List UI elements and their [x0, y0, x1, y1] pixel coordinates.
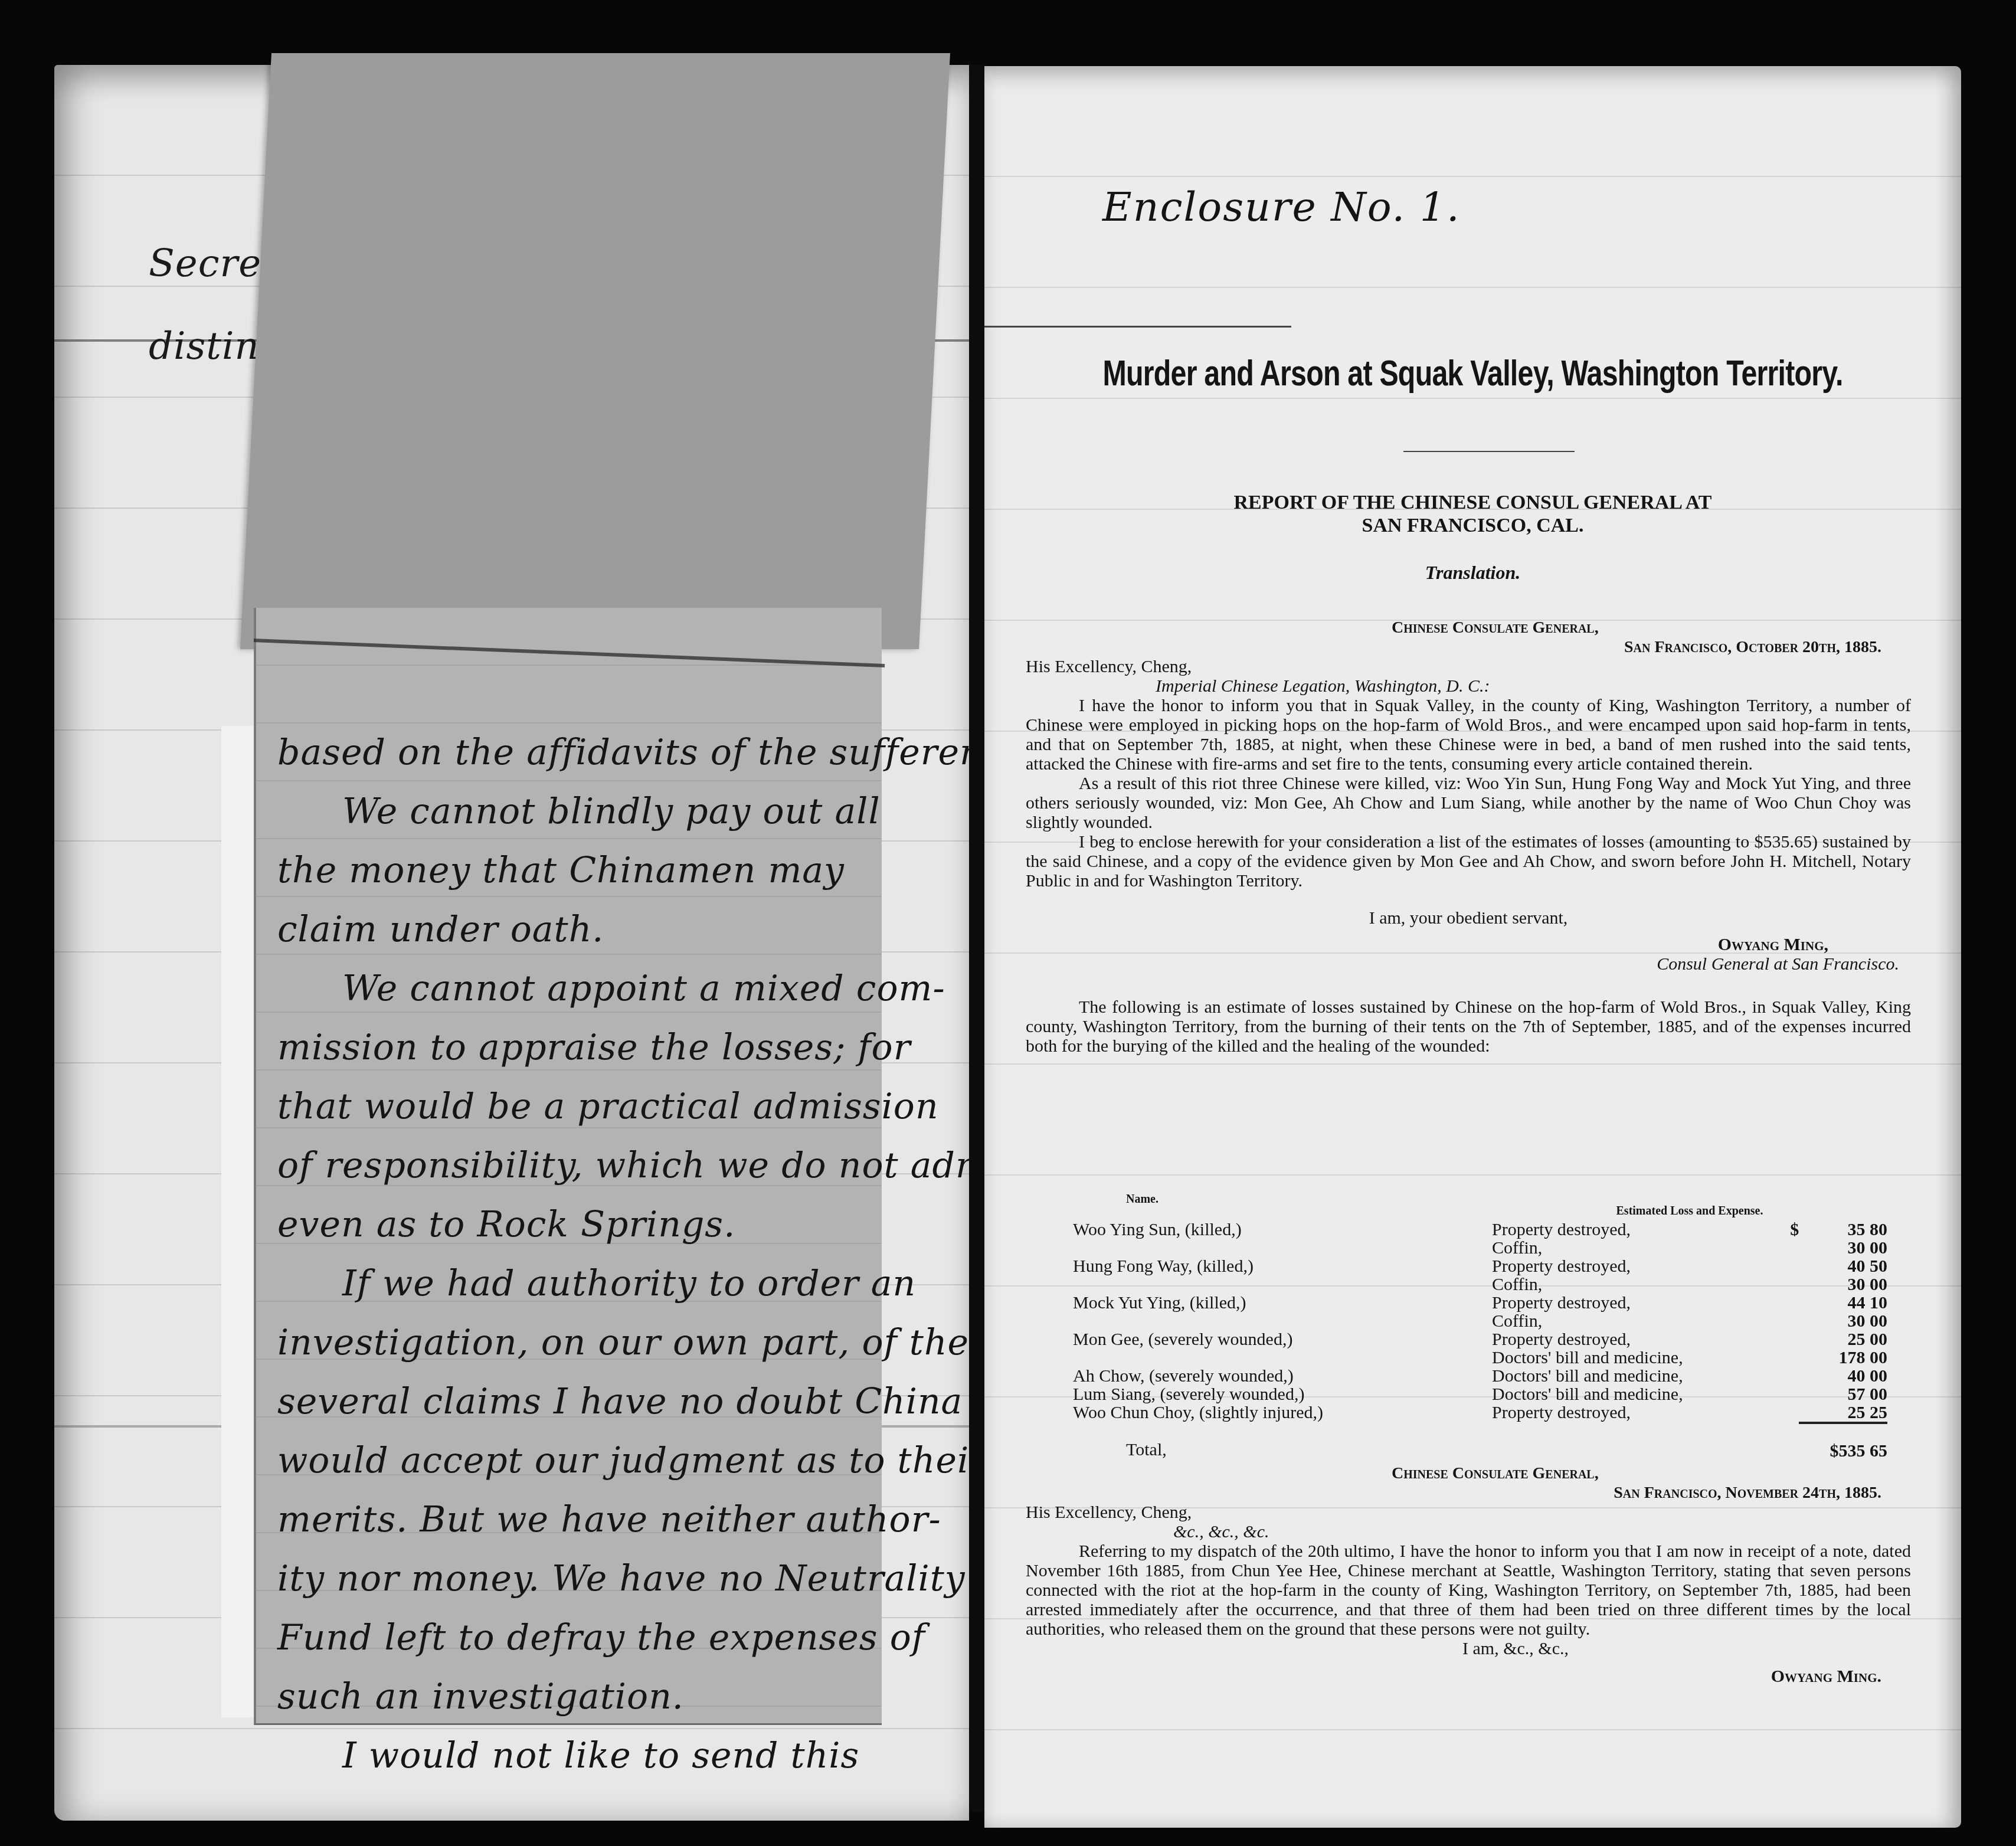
- victim-name: [1073, 1239, 1492, 1257]
- amount: 40 50: [1799, 1257, 1887, 1275]
- enclosure-heading: Enclosure No. 1.: [1102, 184, 1461, 231]
- white-insert-sheet-edge: [221, 726, 257, 1717]
- translation-label: Translation.: [984, 562, 1961, 584]
- handwritten-line: I would not like to send this: [277, 1738, 868, 1797]
- letter-signature: Owyang Ming.: [1026, 1667, 1911, 1686]
- victim-name: Lum Siang, (severely wounded,): [1073, 1385, 1492, 1403]
- handwritten-line: We cannot appoint a mixed com-: [277, 971, 868, 1030]
- amount: 178 00: [1799, 1349, 1887, 1367]
- table-row: Lum Siang, (severely wounded,)Doctors' b…: [1073, 1385, 1887, 1403]
- amount: 35 80: [1799, 1220, 1887, 1239]
- handwritten-line: If we had authority to order an: [277, 1266, 868, 1325]
- victim-name: Hung Fong Way, (killed,): [1073, 1257, 1492, 1275]
- loss-item: Coffin,: [1492, 1239, 1785, 1257]
- handwritten-note-text: based on the affidavits of the sufferers…: [277, 735, 868, 1797]
- table-row: Hung Fong Way, (killed,)Property destroy…: [1073, 1257, 1887, 1275]
- report-title-line-2: SAN FRANCISCO, CAL.: [984, 514, 1961, 537]
- amount: 25 00: [1799, 1330, 1887, 1349]
- column-header-estimate: Estimated Loss and Expense.: [1492, 1190, 1887, 1220]
- ruled-line: [984, 326, 1291, 328]
- amount: 40 00: [1799, 1367, 1887, 1385]
- amount: 30 00: [1799, 1312, 1887, 1330]
- letter-paragraph: As a result of this riot three Chinese w…: [1026, 774, 1911, 832]
- amount: 44 10: [1799, 1294, 1887, 1312]
- currency-symbol: [1785, 1330, 1799, 1349]
- currency-symbol: [1785, 1367, 1799, 1385]
- currency-symbol: [1785, 1385, 1799, 1403]
- letter-signature: Owyang Ming,: [1026, 935, 1911, 954]
- handwritten-line: the money that Chinamen may: [277, 853, 868, 912]
- letter-paragraph: Referring to my dispatch of the 20th ult…: [1026, 1541, 1911, 1639]
- letter-place-date: San Francisco, November 24th, 1885.: [1026, 1483, 1911, 1503]
- loss-item: Coffin,: [1492, 1312, 1785, 1330]
- currency-symbol: [1785, 1239, 1799, 1257]
- victim-name: Mock Yut Ying, (killed,): [1073, 1294, 1492, 1312]
- victim-name: Ah Chow, (severely wounded,): [1073, 1367, 1492, 1385]
- loss-item: Property destroyed,: [1492, 1294, 1785, 1312]
- handwritten-line: claim under oath.: [277, 912, 868, 971]
- headline-divider: [1403, 451, 1575, 452]
- table-row: Woo Chun Choy, (slightly injured,)Proper…: [1073, 1403, 1887, 1423]
- letter-closing: I am, your obedient servant,: [1026, 908, 1911, 928]
- letter-addressee: His Excellency, Cheng,: [1026, 657, 1911, 676]
- loss-item: Doctors' bill and medicine,: [1492, 1385, 1785, 1403]
- letter-place-date: San Francisco, October 20th, 1885.: [1026, 637, 1911, 657]
- letter-closing: I am, &c., &c.,: [1026, 1639, 1911, 1658]
- amount: 25 25: [1799, 1403, 1887, 1423]
- loss-item: Property destroyed,: [1492, 1220, 1785, 1239]
- amount: 30 00: [1799, 1239, 1887, 1257]
- handwritten-line: Fund left to defray the expenses of: [277, 1620, 868, 1679]
- report-title-line-1: REPORT OF THE CHINESE CONSUL GENERAL AT: [984, 491, 1961, 514]
- letter-addressee: His Excellency, Cheng,: [1026, 1503, 1911, 1522]
- column-header-name: Name.: [1073, 1190, 1492, 1220]
- victim-name: Woo Chun Choy, (slightly injured,): [1073, 1403, 1492, 1423]
- loss-item: Coffin,: [1492, 1275, 1785, 1294]
- handwritten-line: that would be a practical admission: [277, 1089, 868, 1148]
- amount: 30 00: [1799, 1275, 1887, 1294]
- victim-name: Mon Gee, (severely wounded,): [1073, 1330, 1492, 1349]
- letter-office: Chinese Consulate General,: [1026, 1464, 1911, 1483]
- currency-symbol: [1785, 1257, 1799, 1275]
- letter-address: Imperial Chinese Legation, Washington, D…: [1026, 676, 1911, 696]
- currency-symbol: [1785, 1275, 1799, 1294]
- currency-symbol: [1785, 1349, 1799, 1367]
- letter-signature-title: Consul General at San Francisco.: [1026, 954, 1911, 974]
- table-row: Mon Gee, (severely wounded,)Property des…: [1073, 1330, 1887, 1349]
- handwritten-line: We cannot blindly pay out all: [277, 794, 868, 853]
- report-title: REPORT OF THE CHINESE CONSUL GENERAL AT …: [984, 491, 1961, 537]
- letter-october-20: Chinese Consulate General, San Francisco…: [1026, 618, 1911, 1056]
- table-row: Coffin,30 00: [1073, 1275, 1887, 1294]
- handwritten-line: mission to appraise the losses; for: [277, 1030, 868, 1089]
- table-row: Coffin,30 00: [1073, 1239, 1887, 1257]
- handwritten-line: even as to Rock Springs.: [277, 1207, 868, 1266]
- victim-name: [1073, 1312, 1492, 1330]
- amount: 57 00: [1799, 1385, 1887, 1403]
- table-row: Woo Ying Sun, (killed,)Property destroye…: [1073, 1220, 1887, 1239]
- handwritten-line: of responsibility, which we do not admit: [277, 1148, 868, 1207]
- table-total-row: Total, $535 65: [1073, 1423, 1887, 1460]
- table-header-row: Name. Estimated Loss and Expense.: [1073, 1190, 1887, 1220]
- victim-name: Woo Ying Sun, (killed,): [1073, 1220, 1492, 1239]
- table-row: Coffin,30 00: [1073, 1312, 1887, 1330]
- handwritten-line: would accept our judgment as to their: [277, 1443, 868, 1502]
- handwritten-line: based on the affidavits of the sufferers…: [277, 735, 868, 794]
- letter-address: &c., &c., &c.: [1026, 1522, 1911, 1541]
- letter-november-24: Chinese Consulate General, San Francisco…: [1026, 1464, 1911, 1686]
- table-row: Ah Chow, (severely wounded,)Doctors' bil…: [1073, 1367, 1887, 1385]
- pasted-slip-upper-gray: [240, 53, 950, 649]
- loss-item: Property destroyed,: [1492, 1403, 1785, 1423]
- letter-paragraph: I beg to enclose herewith for your consi…: [1026, 832, 1911, 891]
- loss-estimate-table: Name. Estimated Loss and Expense. Woo Yi…: [1073, 1190, 1887, 1460]
- handwritten-line: ity nor money. We have no Neutrality: [277, 1561, 868, 1620]
- currency-symbol: $: [1785, 1220, 1799, 1239]
- right-page-printed-report: Enclosure No. 1. Murder and Arson at Squ…: [984, 66, 1961, 1828]
- currency-symbol: [1785, 1294, 1799, 1312]
- loss-item: Doctors' bill and medicine,: [1492, 1367, 1785, 1385]
- victim-name: [1073, 1349, 1492, 1367]
- total-label: Total,: [1073, 1423, 1492, 1460]
- currency-symbol: [1785, 1312, 1799, 1330]
- handwritten-line: investigation, on our own part, of these: [277, 1325, 868, 1384]
- handwritten-line: merits. But we have neither author-: [277, 1502, 868, 1561]
- estimate-intro: The following is an estimate of losses s…: [1026, 997, 1911, 1056]
- handwritten-line: such an investigation.: [277, 1679, 868, 1738]
- total-value: $535 65: [1799, 1423, 1887, 1460]
- loss-item: Property destroyed,: [1492, 1330, 1785, 1349]
- victim-name: [1073, 1275, 1492, 1294]
- document-headline: Murder and Arson at Squak Valley, Washin…: [1092, 352, 1854, 394]
- currency-symbol: [1785, 1403, 1799, 1423]
- table-row: Mock Yut Ying, (killed,)Property destroy…: [1073, 1294, 1887, 1312]
- loss-item: Property destroyed,: [1492, 1257, 1785, 1275]
- letter-office: Chinese Consulate General,: [1026, 618, 1911, 637]
- loss-item: Doctors' bill and medicine,: [1492, 1349, 1785, 1367]
- book-spine-gutter: [969, 65, 984, 1812]
- table-row: Doctors' bill and medicine,178 00: [1073, 1349, 1887, 1367]
- handwritten-line: several claims I have no doubt China: [277, 1384, 868, 1443]
- letter-paragraph: I have the honor to inform you that in S…: [1026, 696, 1911, 774]
